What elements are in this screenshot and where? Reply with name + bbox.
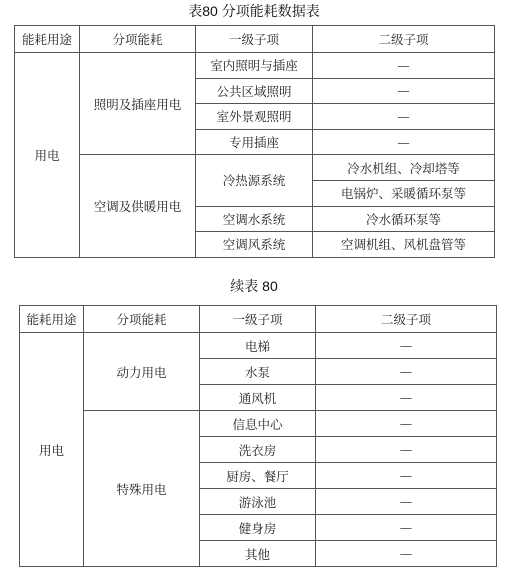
level1-cell: 健身房 [200,515,316,541]
level1-cell: 通风机 [200,385,316,411]
header-level1: 一级子项 [200,306,316,333]
header-level2: 二级子项 [316,306,497,333]
level1-cell: 厨房、餐厅 [200,463,316,489]
usage-cell: 用电 [20,333,84,567]
table-header-row: 能耗用途 分项能耗 一级子项 二级子项 [15,26,495,53]
table-header-row: 能耗用途 分项能耗 一级子项 二级子项 [20,306,497,333]
level1-cell: 空调风系统 [196,232,313,258]
table-row: 特殊用电 信息中心 — [20,411,497,437]
header-usage: 能耗用途 [20,306,84,333]
level1-cell: 洗衣房 [200,437,316,463]
level1-cell: 水泵 [200,359,316,385]
level1-cell: 公共区域照明 [196,78,313,104]
level2-cell: — [313,129,495,155]
level2-cell: — [316,411,497,437]
level2-cell: — [313,104,495,130]
level2-cell: 冷水机组、冷却塔等 [313,155,495,181]
category-cell: 照明及插座用电 [80,53,196,155]
header-category: 分项能耗 [80,26,196,53]
level2-cell: — [316,489,497,515]
level2-cell: — [316,463,497,489]
header-level2: 二级子项 [313,26,495,53]
level2-cell: — [313,53,495,79]
level2-cell: — [316,333,497,359]
header-category: 分项能耗 [84,306,200,333]
level2-cell: 空调机组、风机盘管等 [313,232,495,258]
energy-data-table: 能耗用途 分项能耗 一级子项 二级子项 用电 照明及插座用电 室内照明与插座 —… [14,25,495,258]
table-row: 用电 照明及插座用电 室内照明与插座 — [15,53,495,79]
category-cell: 特殊用电 [84,411,200,567]
usage-cell: 用电 [15,53,80,258]
level2-cell: 冷水循环泵等 [313,206,495,232]
level2-cell: — [316,359,497,385]
table-row: 空调及供暖用电 冷热源系统 冷水机组、冷却塔等 [15,155,495,181]
category-cell: 动力用电 [84,333,200,411]
level1-cell: 电梯 [200,333,316,359]
level1-cell: 室外景观照明 [196,104,313,130]
table1-title: 表80 分项能耗数据表 [0,1,508,21]
level2-cell: — [316,515,497,541]
header-level1: 一级子项 [196,26,313,53]
level1-cell: 信息中心 [200,411,316,437]
level1-cell: 室内照明与插座 [196,53,313,79]
level2-cell: — [316,385,497,411]
table-row: 用电 动力用电 电梯 — [20,333,497,359]
level1-cell: 专用插座 [196,129,313,155]
level1-cell: 冷热源系统 [196,155,313,206]
level2-cell: — [316,541,497,567]
category-cell: 空调及供暖用电 [80,155,196,257]
level1-cell: 空调水系统 [196,206,313,232]
level1-cell: 游泳池 [200,489,316,515]
table2-title: 续表 80 [0,276,508,296]
energy-data-table-continued: 能耗用途 分项能耗 一级子项 二级子项 用电 动力用电 电梯 — 水泵 — 通风… [19,305,497,567]
level2-cell: — [313,78,495,104]
level1-cell: 其他 [200,541,316,567]
level2-cell: — [316,437,497,463]
header-usage: 能耗用途 [15,26,80,53]
level2-cell: 电锅炉、采暖循环泵等 [313,180,495,206]
